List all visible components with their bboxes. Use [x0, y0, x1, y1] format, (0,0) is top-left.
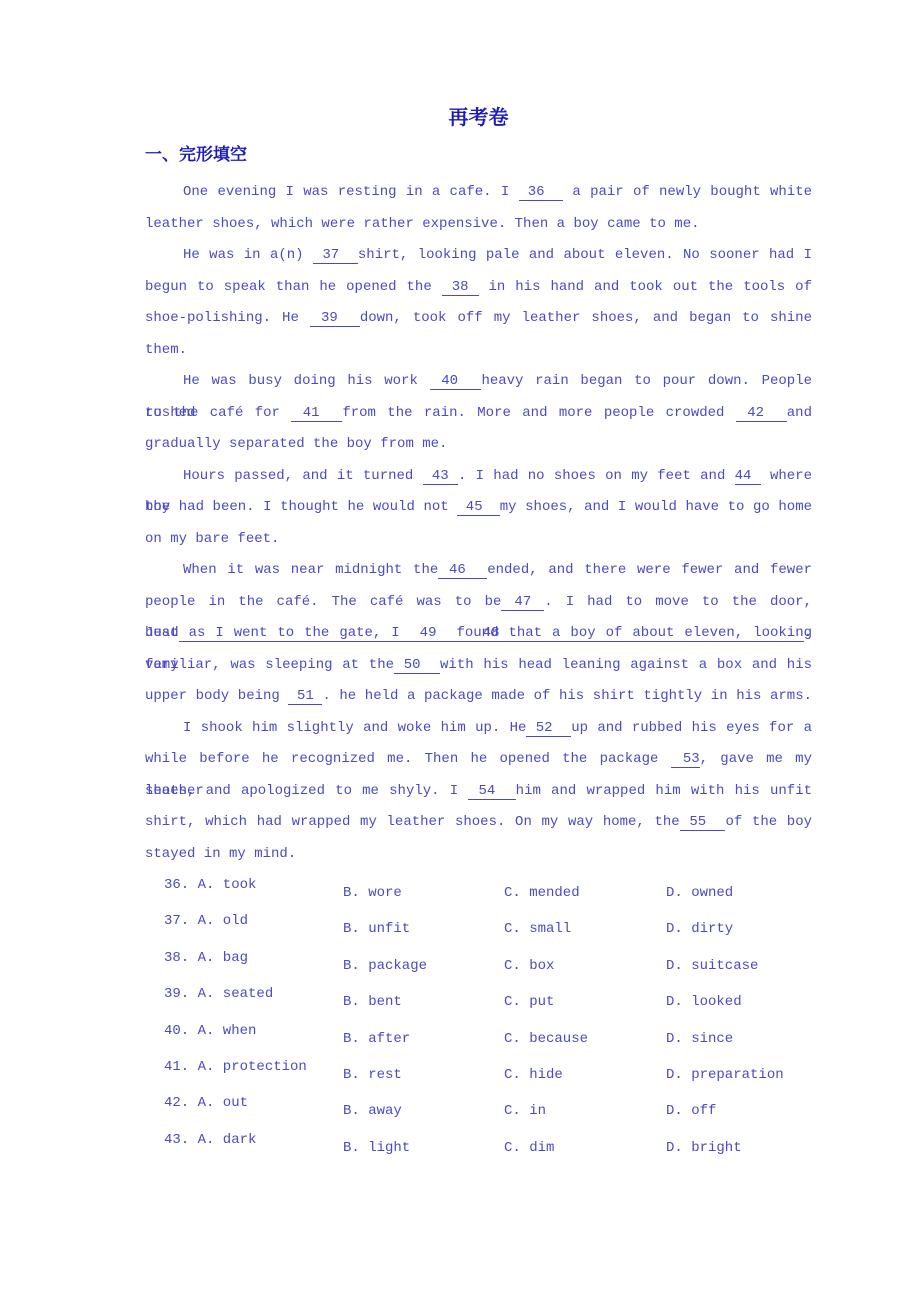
- option-b: B. light: [343, 1138, 410, 1158]
- option-b: B. away: [343, 1101, 402, 1121]
- cloze-blank: 37: [313, 247, 358, 264]
- option-b: B. package: [343, 956, 427, 976]
- exam-title: 再考卷: [145, 0, 812, 133]
- passage-line: upper body being 51 . he held a package …: [145, 681, 812, 713]
- passage-line: them.: [145, 335, 812, 367]
- cloze-blank: 54: [468, 783, 515, 800]
- option-c: C. small: [504, 919, 571, 939]
- passage-line: people in the café. The café was to be 4…: [145, 587, 812, 619]
- cloze-blank: 41: [291, 405, 342, 422]
- cloze-blank: 38: [442, 279, 479, 296]
- option-d: D. off: [666, 1101, 716, 1121]
- option-c: C. because: [504, 1029, 588, 1049]
- passage-line: Hours passed, and it turned 43 . I had n…: [145, 461, 812, 493]
- passage-line: stayed in my mind.: [145, 839, 812, 871]
- option-d: D. bright: [666, 1138, 742, 1158]
- option-c: C. in: [504, 1101, 546, 1121]
- option-b: B. wore: [343, 883, 402, 903]
- option-a: 40. A. when: [164, 1021, 256, 1041]
- option-row: 40. A. whenB. afterC. becauseD. since: [145, 1021, 812, 1057]
- option-d: D. owned: [666, 883, 733, 903]
- option-row: 42. A. outB. awayC. inD. off: [145, 1093, 812, 1129]
- passage-line: He was in a(n) 37 shirt, looking pale an…: [145, 240, 812, 272]
- option-c: C. dim: [504, 1138, 554, 1158]
- option-c: C. hide: [504, 1065, 563, 1085]
- passage-line: He was busy doing his work 40 heavy rain…: [145, 366, 812, 398]
- cloze-blank: 44: [735, 468, 761, 485]
- cloze-blank: 45: [457, 499, 500, 516]
- passage-line: shoes, and apologized to me shyly. I 54 …: [145, 776, 812, 808]
- document-page: 再考卷 一、完形填空 One evening I was resting in …: [0, 0, 920, 1302]
- option-a: 38. A. bag: [164, 948, 248, 968]
- option-row: 43. A. darkB. lightC. dimD. bright: [145, 1130, 812, 1166]
- passage-line: to the café for 41 from the rain. More a…: [145, 398, 812, 430]
- option-row: 39. A. seatedB. bentC. putD. looked: [145, 984, 812, 1020]
- option-d: D. preparation: [666, 1065, 784, 1085]
- passage-line: When it was near midnight the 46 ended, …: [145, 555, 812, 587]
- passage-line: gradually separated the boy from me.: [145, 429, 812, 461]
- cloze-passage: One evening I was resting in a cafe. I 3…: [145, 177, 812, 870]
- option-row: 41. A. protectionB. restC. hideD. prepar…: [145, 1057, 812, 1093]
- cloze-blank: 36: [519, 184, 564, 201]
- cloze-blank: 55: [680, 814, 726, 831]
- options-list: 36. A. tookB. woreC. mendedD. owned37. A…: [145, 875, 812, 1166]
- passage-line: I shook him slightly and woke him up. He…: [145, 713, 812, 745]
- cloze-blank: 51: [288, 688, 322, 705]
- cloze-blank: 40: [430, 373, 482, 390]
- passage-line: Just as I went to the gate, I 49 found t…: [145, 618, 812, 650]
- option-b: B. bent: [343, 992, 402, 1012]
- cloze-blank: 46: [438, 562, 487, 579]
- cloze-blank: 42: [736, 405, 787, 422]
- option-row: 37. A. oldB. unfitC. smallD. dirty: [145, 911, 812, 947]
- passage-line: begun to speak than he opened the 38 in …: [145, 272, 812, 304]
- cloze-blank: 39: [310, 310, 360, 327]
- passage-line: leather shoes, which were rather expensi…: [145, 209, 812, 241]
- cloze-blank: 50: [394, 657, 440, 674]
- passage-line: shoe-polishing. He 39 down, took off my …: [145, 303, 812, 335]
- option-row: 36. A. tookB. woreC. mendedD. owned: [145, 875, 812, 911]
- option-d: D. looked: [666, 992, 742, 1012]
- cloze-blank: 52: [526, 720, 571, 737]
- cloze-blank: 53: [671, 751, 700, 768]
- option-b: B. rest: [343, 1065, 402, 1085]
- cloze-blank: 43: [423, 468, 458, 485]
- passage-line: on my bare feet.: [145, 524, 812, 556]
- passage-line: One evening I was resting in a cafe. I 3…: [145, 177, 812, 209]
- option-a: 43. A. dark: [164, 1130, 256, 1150]
- option-row: 38. A. bagB. packageC. boxD. suitcase: [145, 948, 812, 984]
- option-a: 36. A. took: [164, 875, 256, 895]
- option-d: D. since: [666, 1029, 733, 1049]
- option-a: 42. A. out: [164, 1093, 248, 1113]
- option-b: B. unfit: [343, 919, 410, 939]
- option-c: C. mended: [504, 883, 580, 903]
- section-heading: 一、完形填空: [145, 142, 812, 168]
- option-c: C. box: [504, 956, 554, 976]
- cloze-blank: 49: [410, 625, 457, 642]
- passage-line: boy had been. I thought he would not 45 …: [145, 492, 812, 524]
- option-d: D. suitcase: [666, 956, 758, 976]
- option-d: D. dirty: [666, 919, 733, 939]
- passage-line: familiar, was sleeping at the 50 with hi…: [145, 650, 812, 682]
- option-b: B. after: [343, 1029, 410, 1049]
- cloze-blank: 47: [501, 594, 544, 611]
- passage-line: while before he recognized me. Then he o…: [145, 744, 812, 776]
- option-a: 41. A. protection: [164, 1057, 307, 1077]
- option-c: C. put: [504, 992, 554, 1012]
- document-content: 再考卷 一、完形填空 One evening I was resting in …: [145, 0, 812, 1166]
- passage-line: shirt, which had wrapped my leather shoe…: [145, 807, 812, 839]
- option-a: 37. A. old: [164, 911, 248, 931]
- option-a: 39. A. seated: [164, 984, 273, 1004]
